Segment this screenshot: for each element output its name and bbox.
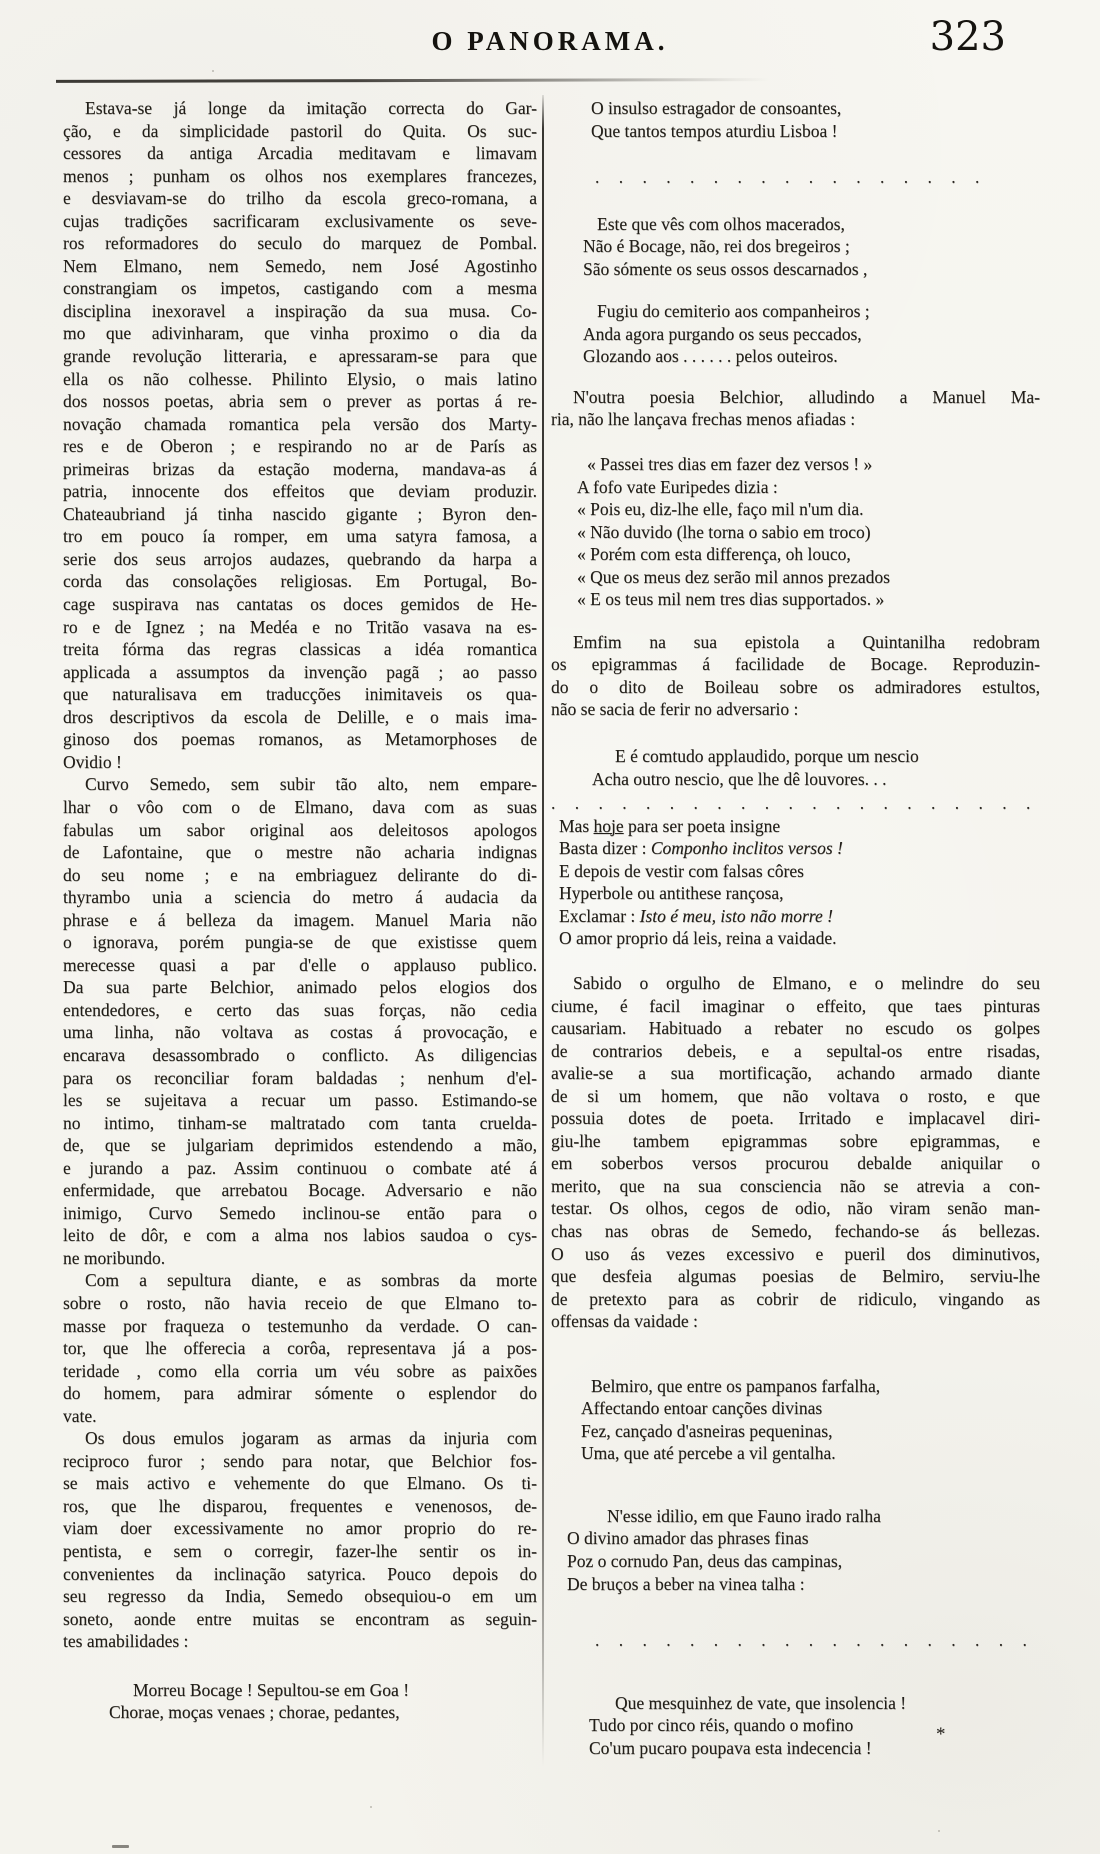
prose-block: Emfim na sua epistola a Quintanilha redo… bbox=[551, 631, 1040, 721]
text-line: Hyperbole ou antithese rançosa, bbox=[551, 882, 1040, 905]
text-line: « Que os meus dez serão mil annos prezad… bbox=[551, 566, 1040, 589]
text-line: Da sua parte Belchior, animado pelos elo… bbox=[63, 976, 537, 999]
text-line: o ignorava, porém pungia-se de que exist… bbox=[63, 931, 537, 954]
text-line: Tudo por cinco réis, quando o mofino bbox=[551, 1714, 1040, 1737]
text-line: Uma, que até percebe a vil gentalha. bbox=[551, 1442, 1040, 1465]
text-line: serie dos seus arrojos audazes, quebrand… bbox=[63, 548, 537, 571]
scan-speck bbox=[938, 1830, 940, 1832]
prose-block: Os dous emulos jogaram as armas da injur… bbox=[63, 1427, 537, 1652]
text-line: giu-lhe tambem epigrammas sobre epigramm… bbox=[551, 1130, 1040, 1153]
text-line: Basta dizer : Componho inclitos versos ! bbox=[551, 837, 1040, 860]
text-line: thyrambo unia a sciencia do metro á auda… bbox=[63, 886, 537, 909]
text-line: Fugiu do cemiterio aos companheiros ; bbox=[551, 300, 1040, 323]
right-column: O insulso estragador de consoantes,Que t… bbox=[551, 97, 1040, 1759]
dotted-separator: . . . . . . . . . . . . . . . . . . . . … bbox=[551, 1629, 1040, 1652]
text-line: primeiras brizas da estação moderna, man… bbox=[63, 458, 537, 481]
text-line: pentista, e sem o corregir, fazer-lhe se… bbox=[63, 1540, 537, 1563]
text-line: de Lafontaine, que o mestre não acharia … bbox=[63, 841, 537, 864]
text-line: Que mesquinhez de vate, que insolencia ! bbox=[551, 1692, 1040, 1715]
text-line: seu regresso da India, Semedo obsequiou-… bbox=[63, 1585, 537, 1608]
text-line: de si um homem, que não voltava o rosto,… bbox=[551, 1085, 1040, 1108]
left-column: Estava-se já longe da imitação correcta … bbox=[63, 97, 537, 1724]
text-line: dros descriptivos da escola de Delille, … bbox=[63, 706, 537, 729]
text-line: N'outra poesia Belchior, alludindo a Man… bbox=[551, 386, 1040, 409]
text-line: N'esse idilio, em que Fauno irado ralha bbox=[551, 1505, 1040, 1528]
text-line: Este que vês com olhos macerados, bbox=[551, 213, 1040, 236]
prose-block: Com a sepultura diante, e as sombras da … bbox=[63, 1269, 537, 1427]
text-line: phrase e á belleza da imagem. Manuel Mar… bbox=[63, 909, 537, 932]
scan-speck bbox=[212, 70, 214, 72]
text-line: cage suspirava nas cantatas os doces gem… bbox=[63, 593, 537, 616]
text-line: patria, innocente dos effeitos que devia… bbox=[63, 480, 537, 503]
text-line: Curvo Semedo, sem subir tão alto, nem em… bbox=[63, 773, 537, 796]
prose-block: Estava-se já longe da imitação correcta … bbox=[63, 97, 537, 773]
text-line: Sabido o orgulho de Elmano, e o melindre… bbox=[551, 972, 1040, 995]
text-line: viam doer excessivamente no amor proprio… bbox=[63, 1517, 537, 1540]
text-line: Glozando aos . . . . . . pelos outeiros. bbox=[551, 345, 1040, 368]
text-line: Não é Bocage, não, rei dos bregeiros ; bbox=[551, 235, 1040, 258]
text-line: fabulas um sabor original aos deleitosos… bbox=[63, 819, 537, 842]
text-line: Morreu Bocage ! Sepultou-se em Goa ! bbox=[63, 1679, 537, 1702]
text-segment: Basta dizer : bbox=[559, 838, 651, 858]
text-line: menos ; punham os olhos nos exemplares f… bbox=[63, 165, 537, 188]
text-line: Belmiro, que entre os pampanos farfalha, bbox=[551, 1375, 1040, 1398]
text-line: De bruços a beber na vinea talha : bbox=[551, 1573, 1040, 1596]
text-line: Fez, cançado d'asneiras pequeninas, bbox=[551, 1420, 1040, 1443]
text-line: ros reformadores do seculo do marquez de… bbox=[63, 232, 537, 255]
text-line: de pretexto para as cobrir de ridiculo, … bbox=[551, 1288, 1040, 1311]
text-line: ria, não lhe lançava frechas menos afiad… bbox=[551, 408, 1040, 431]
text-line: grande revolução litteraria, e apressara… bbox=[63, 345, 537, 368]
text-line: ginoso dos poemas romanos, as Metamorpho… bbox=[63, 728, 537, 751]
text-line: lhar o vôo com o de Elmano, dava com as … bbox=[63, 796, 537, 819]
text-line: Emfim na sua epistola a Quintanilha redo… bbox=[551, 631, 1040, 654]
text-line: cessores da antiga Arcadia meditavam e l… bbox=[63, 142, 537, 165]
text-line: tes amabilidades : bbox=[63, 1630, 537, 1653]
text-line: E é comtudo applaudido, porque um nescio bbox=[551, 745, 1040, 768]
text-line: E depois de vestir com falsas côres bbox=[551, 860, 1040, 883]
text-line: reciproco furor ; sendo para notar, que … bbox=[63, 1450, 537, 1473]
header-rule bbox=[56, 78, 770, 83]
text-line: uma linha, não voltava as costas á provo… bbox=[63, 1021, 537, 1044]
text-line: les se sujeitava a recuar um passo. Esti… bbox=[63, 1089, 537, 1112]
text-line: cujas tradições sacrificaram exclusivame… bbox=[63, 210, 537, 233]
text-line: sobre o rosto, não havia receio de que E… bbox=[63, 1292, 537, 1315]
text-line: chas nas obras de Semedo, fechando-se ás… bbox=[551, 1220, 1040, 1243]
dotted-separator: . . . . . . . . . . . . . . . . . bbox=[551, 166, 1040, 189]
text-line: testar. Os olhos, cegos de odio, não vir… bbox=[551, 1197, 1040, 1220]
text-line: merito, que na sua consciencia não se at… bbox=[551, 1175, 1040, 1198]
text-line: Mas hoje para ser poeta insigne bbox=[551, 815, 1040, 838]
text-line: de, que se julgariam deprimidos estenden… bbox=[63, 1134, 537, 1157]
text-line: Nem Elmano, nem Semedo, nem José Agostin… bbox=[63, 255, 537, 278]
text-line: se mais activo e vehemente do que Elmano… bbox=[63, 1472, 537, 1495]
dots-block: . . . . . . . . . . . . . . . . . bbox=[551, 166, 1040, 189]
text-line: mo que adivinharam, que vinha proximo o … bbox=[63, 322, 537, 345]
text-line: Acha outro nescio, que lhe dê louvores. … bbox=[551, 768, 1040, 791]
text-line: O uso ás vezes excessivo e pueril dos di… bbox=[551, 1243, 1040, 1266]
verse-block: N'esse idilio, em que Fauno irado ralhaO… bbox=[551, 1505, 1040, 1595]
text-line: O amor proprio dá leis, reina a vaidade. bbox=[551, 927, 1040, 950]
text-line: masse por fraqueza o testemunho da verda… bbox=[63, 1315, 537, 1338]
text-line: novação chamada romantica pela versão do… bbox=[63, 413, 537, 436]
scan-speck bbox=[370, 1806, 372, 1808]
verse-block: Fugiu do cemiterio aos companheiros ;And… bbox=[551, 300, 1040, 368]
text-line: ciume, é facil imaginar o effeito, que t… bbox=[551, 995, 1040, 1018]
text-line: ro e de Ignez ; na Medéa e no Tritão vas… bbox=[63, 616, 537, 639]
text-line: soneto, aonde entre muitas se encontram … bbox=[63, 1608, 537, 1631]
text-line: do seu nome ; e na embriaguez delirante … bbox=[63, 864, 537, 887]
text-line: res e de Oberon ; e respirando no ar de … bbox=[63, 435, 537, 458]
text-line: A fofo vate Euripedes dizia : bbox=[551, 476, 1040, 499]
text-line: leito de dôr, e com a alma nos labios sa… bbox=[63, 1224, 537, 1247]
text-line: « Porém com esta differença, oh louco, bbox=[551, 543, 1040, 566]
text-line: ne moribundo. bbox=[63, 1247, 537, 1270]
text-line: vate. bbox=[63, 1405, 537, 1428]
text-line: e jurando a paz. Assim continuou o comba… bbox=[63, 1157, 537, 1180]
text-line: que desfeia algumas poesias de Belmiro, … bbox=[551, 1265, 1040, 1288]
text-line: offensas da vaidade : bbox=[551, 1310, 1040, 1333]
dots-block: . . . . . . . . . . . . . . . . . . . . … bbox=[551, 792, 1040, 815]
italic-text: Componho inclitos versos ! bbox=[651, 838, 843, 858]
text-line: enfermidade, que arrebatou Bocage. Adver… bbox=[63, 1179, 537, 1202]
text-line: applicada a assumptos da invenção pagã ;… bbox=[63, 661, 537, 684]
verse-block: Mas hoje para ser poeta insigneBasta diz… bbox=[551, 815, 1040, 950]
verse-block: Este que vês com olhos macerados,Não é B… bbox=[551, 213, 1040, 281]
text-line: treita fórma das regras classicas a idéa… bbox=[63, 638, 537, 661]
text-line: disciplina inexoravel a inspiração da su… bbox=[63, 300, 537, 323]
text-line: teridade , como ella corria um véu sobre… bbox=[63, 1360, 537, 1383]
text-line: Os dous emulos jogaram as armas da injur… bbox=[63, 1427, 537, 1450]
text-line: Que tantos tempos aturdiu Lisboa ! bbox=[551, 120, 1040, 143]
text-segment: Mas bbox=[559, 816, 594, 836]
verse-block: Que mesquinhez de vate, que insolencia !… bbox=[551, 1692, 1040, 1760]
column-divider bbox=[542, 95, 544, 1767]
text-segment: Exclamar : bbox=[559, 906, 640, 926]
text-line: os epigrammas á facilidade de Bocage. Re… bbox=[551, 653, 1040, 676]
text-line: Poz o cornudo Pan, deus das campinas, bbox=[551, 1550, 1040, 1573]
text-line: entendedores, e certo das suas forças, n… bbox=[63, 999, 537, 1022]
text-line: dos nossos poetas, abria sem o prever as… bbox=[63, 390, 537, 413]
footnote-asterisk: * bbox=[936, 1724, 946, 1746]
text-line: Chateaubriand já tinha nascido gigante ;… bbox=[63, 503, 537, 526]
text-line: constrangiam os impetos, castigando com … bbox=[63, 277, 537, 300]
text-line: e desviavam-se do trilho da escola greco… bbox=[63, 187, 537, 210]
text-line: São sómente os seus ossos descarnados , bbox=[551, 258, 1040, 281]
text-line: Anda agora purgando os seus peccados, bbox=[551, 323, 1040, 346]
text-line: « Não duvido (lhe torna o sabio em troco… bbox=[551, 521, 1040, 544]
verse-block: Morreu Bocage ! Sepultou-se em Goa !Chor… bbox=[63, 1679, 537, 1724]
text-line: Co'um pucaro poupava esta indecencia ! bbox=[551, 1737, 1040, 1760]
text-line: possuia dotes de poeta. Irritado e impla… bbox=[551, 1107, 1040, 1130]
text-line: Ovidio ! bbox=[63, 751, 537, 774]
text-segment: para ser poeta insigne bbox=[624, 816, 780, 836]
text-line: que naturalisava em traducções inimitave… bbox=[63, 683, 537, 706]
verse-block: E é comtudo applaudido, porque um nescio… bbox=[551, 745, 1040, 790]
prose-block: N'outra poesia Belchior, alludindo a Man… bbox=[551, 386, 1040, 431]
text-line: convenientes da inclinação satyrica. Pou… bbox=[63, 1563, 537, 1586]
dots-block: . . . . . . . . . . . . . . . . . . . . … bbox=[551, 1629, 1040, 1652]
text-line: não se sacia de ferir no adversario : bbox=[551, 698, 1040, 721]
text-line: ros, que lhe disparou, frequentes e vene… bbox=[63, 1495, 537, 1518]
text-line: causariam. Habituado a rebater no escudo… bbox=[551, 1017, 1040, 1040]
bottom-margin-mark bbox=[112, 1845, 129, 1848]
text-line: tro em pouco ía romper, em uma satyra fa… bbox=[63, 525, 537, 548]
text-line: Affectando entoar canções divinas bbox=[551, 1397, 1040, 1420]
text-line: « Passei tres dias em fazer dez versos !… bbox=[551, 453, 1040, 476]
text-line: de contrarios debeis, e a sepultal-os en… bbox=[551, 1040, 1040, 1063]
text-line: O divino amador das phrases finas bbox=[551, 1527, 1040, 1550]
text-line: merecesse quasi a par d'elle o applauso … bbox=[63, 954, 537, 977]
text-line: Exclamar : Isto é meu, isto não morre ! bbox=[551, 905, 1040, 928]
text-line: « E os teus mil nem tres dias supportado… bbox=[551, 588, 1040, 611]
text-line: em soberbos versos procurou debalde aniq… bbox=[551, 1152, 1040, 1175]
text-line: inimigo, Curvo Semedo inclinou-se então … bbox=[63, 1202, 537, 1225]
text-line: do o dito de Boileau sobre os admiradore… bbox=[551, 676, 1040, 699]
page-number: 323 bbox=[930, 14, 1006, 60]
text-line: avalie-se a sua mortificação, achando ar… bbox=[551, 1062, 1040, 1085]
text-line: corda das consolações religiosas. Em Por… bbox=[63, 570, 537, 593]
verse-block: O insulso estragador de consoantes,Que t… bbox=[551, 97, 1040, 142]
text-line: tor, que lhe offerecia a corôa, represen… bbox=[63, 1337, 537, 1360]
verse-block: Belmiro, que entre os pampanos farfalha,… bbox=[551, 1375, 1040, 1465]
text-line: ção, e da simplicidade pastoril do Quita… bbox=[63, 120, 537, 143]
verse-block: « Passei tres dias em fazer dez versos !… bbox=[551, 453, 1040, 611]
text-line: do homem, para admirar sómente o esplend… bbox=[63, 1382, 537, 1405]
text-line: ella os não colhesse. Philinto Elysio, o… bbox=[63, 368, 537, 391]
text-line: Estava-se já longe da imitação correcta … bbox=[63, 97, 537, 120]
prose-block: Curvo Semedo, sem subir tão alto, nem em… bbox=[63, 773, 537, 1269]
text-line: encarava desassombrado o conflicto. As d… bbox=[63, 1044, 537, 1067]
italic-text: Isto é meu, isto não morre ! bbox=[640, 906, 833, 926]
scanned-page: O PANORAMA. 323 Estava-se já longe da im… bbox=[0, 0, 1100, 1854]
text-line: no intimo, tinham-se maltratado com tant… bbox=[63, 1112, 537, 1135]
text-line: « Pois eu, diz-lhe elle, faço mil n'um d… bbox=[551, 498, 1040, 521]
prose-block: Sabido o orgulho de Elmano, e o melindre… bbox=[551, 972, 1040, 1333]
underlined-text: hoje bbox=[594, 816, 624, 836]
text-line: O insulso estragador de consoantes, bbox=[551, 97, 1040, 120]
text-line: para os reconciliar foram baldadas ; nen… bbox=[63, 1067, 537, 1090]
text-line: Com a sepultura diante, e as sombras da … bbox=[63, 1269, 537, 1292]
dotted-separator: . . . . . . . . . . . . . . . . . . . . … bbox=[551, 792, 1040, 815]
text-line: Chorae, moças venaes ; chorae, pedantes, bbox=[63, 1701, 537, 1724]
